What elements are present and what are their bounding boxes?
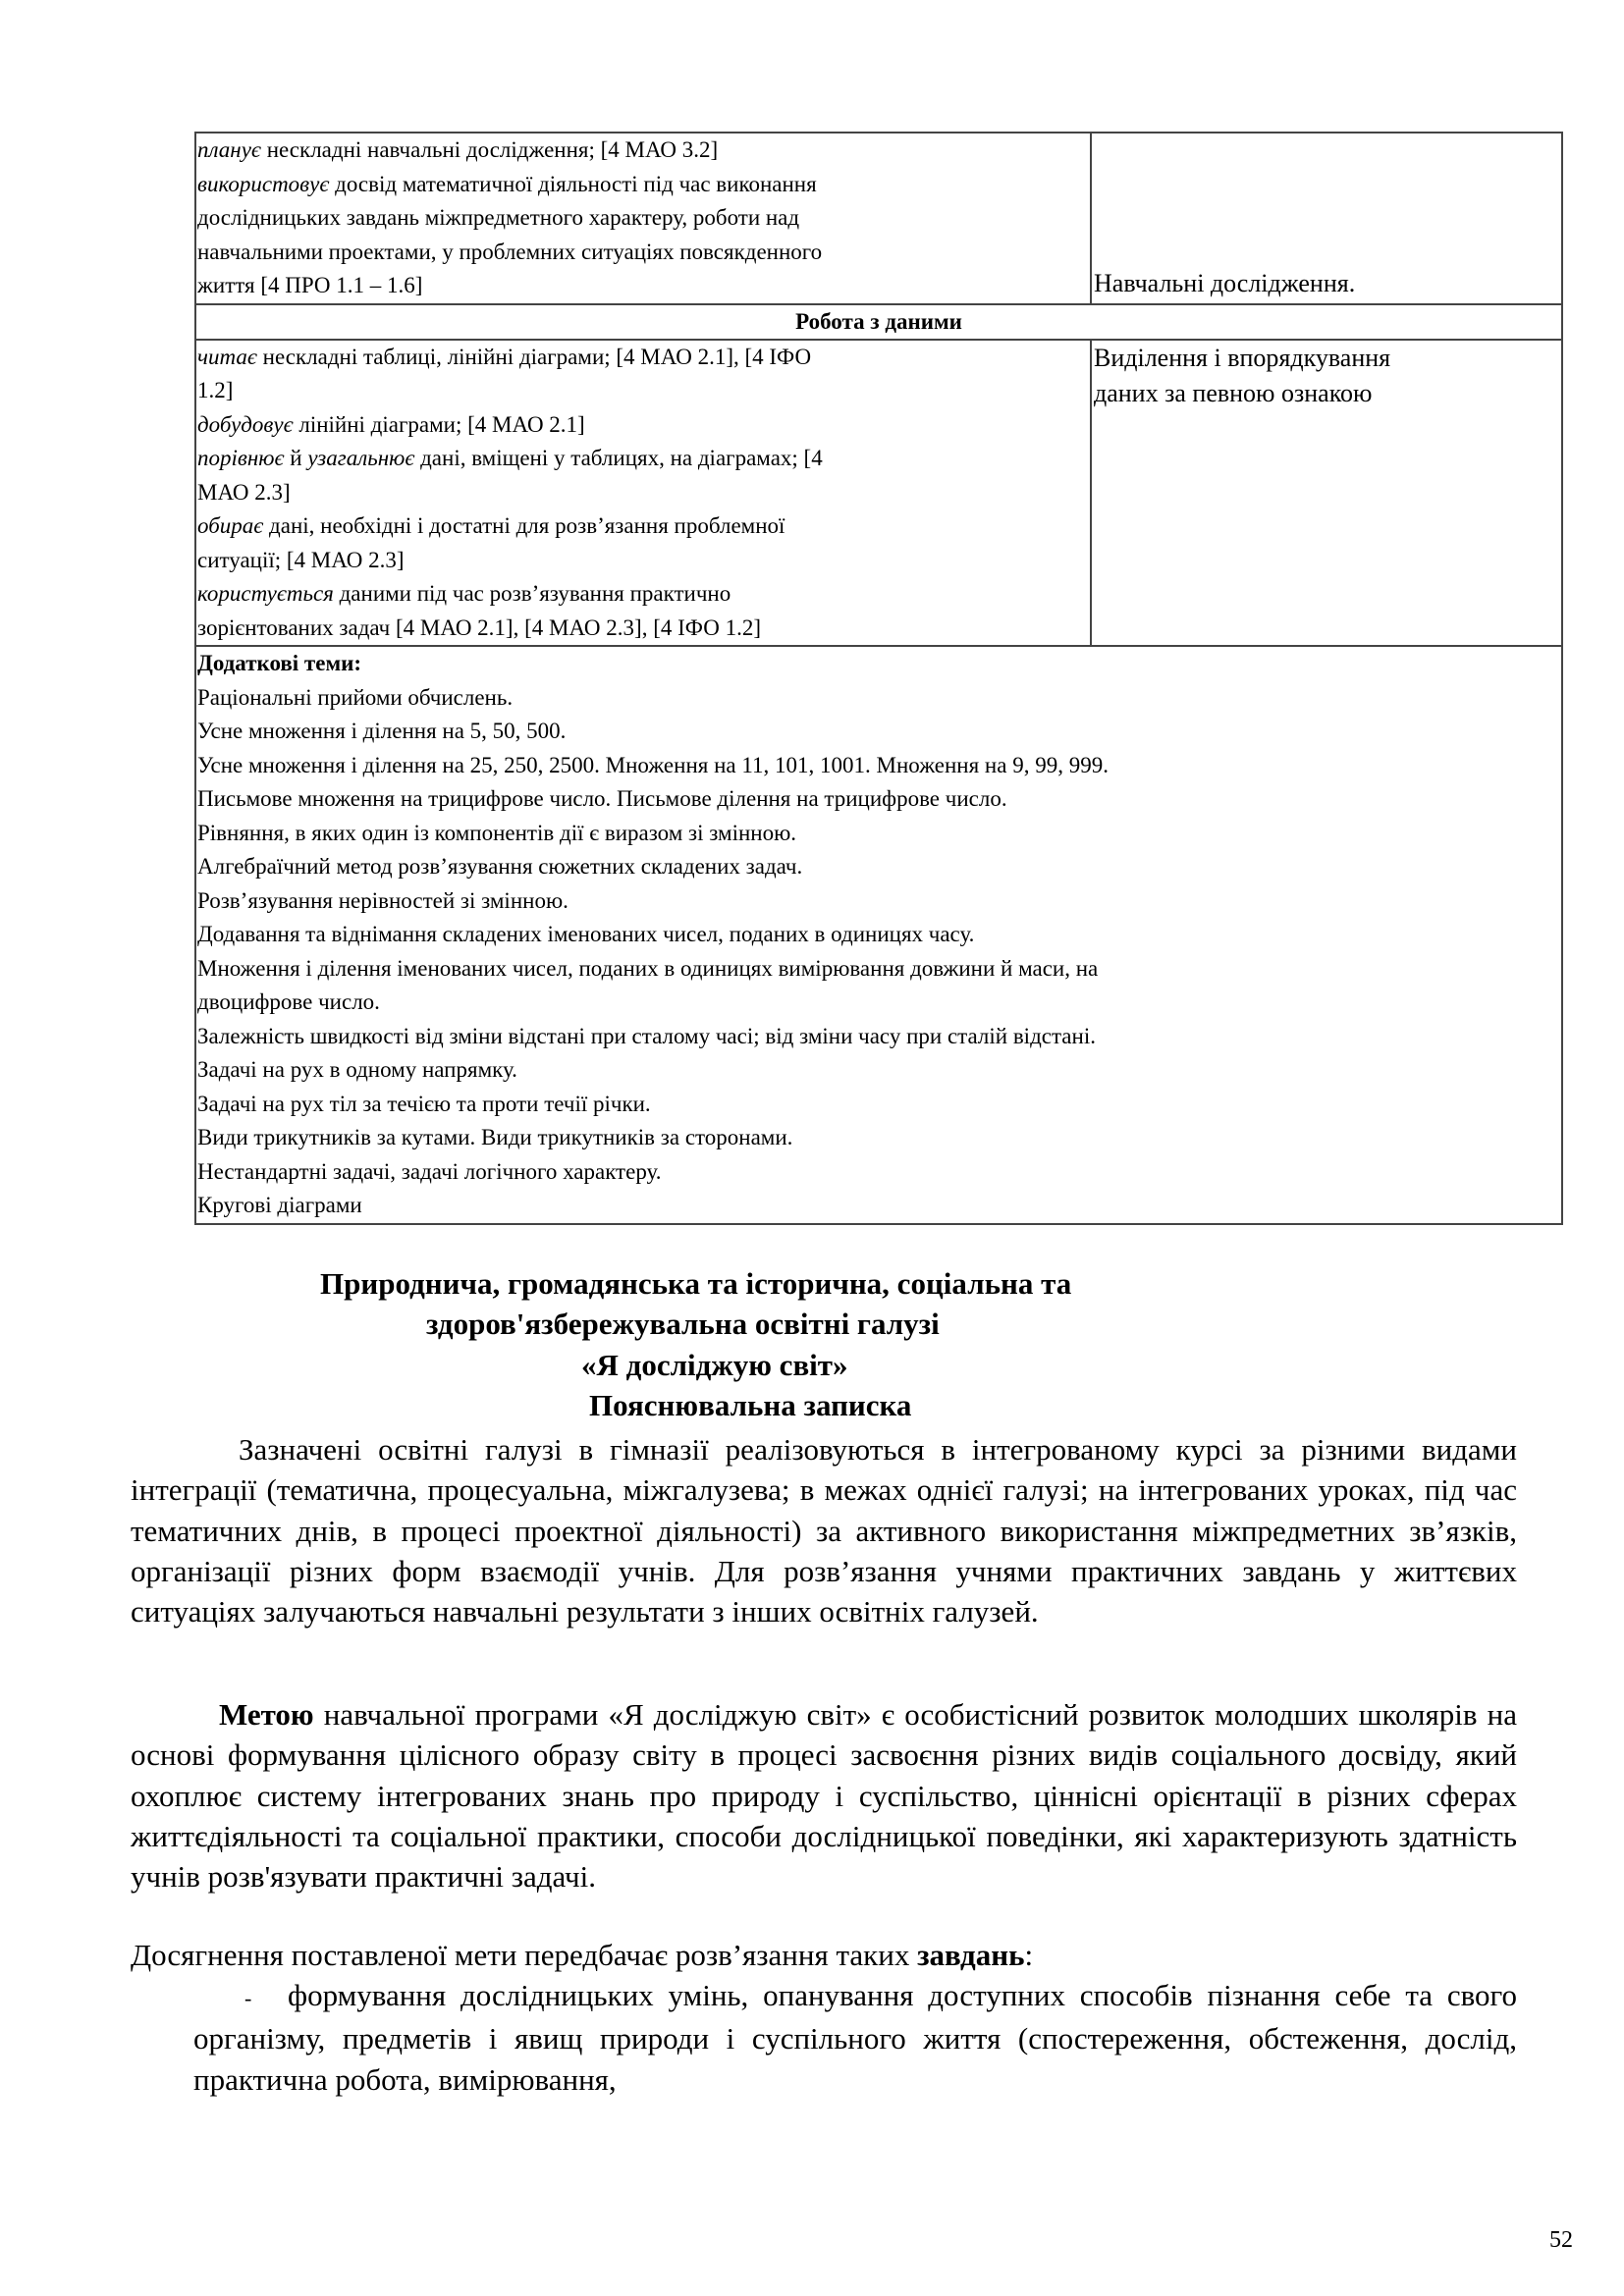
- extra-topic-item: Задачі на рух тіл за течією та проти теч…: [197, 1088, 1560, 1122]
- goal-paragraph: Метою навчальної програми «Я досліджую с…: [131, 1694, 1517, 1896]
- outcome-line: навчальними проектами, у проблемних ситу…: [197, 236, 1089, 270]
- outcome-line: використовує досвід математичної діяльно…: [197, 168, 1089, 202]
- outcome-line: добудовує лінійні діаграми; [4 МАО 2.1]: [197, 408, 1089, 443]
- extra-topic-item: Алгебраїчний метод розв’язування сюжетни…: [197, 850, 1560, 884]
- page-number: 52: [1549, 2226, 1573, 2254]
- extra-topic-item: Усне множення і ділення на 5, 50, 500.: [197, 715, 1560, 749]
- extra-topic-item: двоцифрове число.: [197, 986, 1560, 1020]
- outcome-line: ситуації; [4 МАО 2.3]: [197, 544, 1089, 578]
- extra-topic-item: Задачі на рух в одному напрямку.: [197, 1053, 1560, 1088]
- extra-topic-item: Рівняння, в яких один із компонентів дії…: [197, 817, 1560, 851]
- task-bullet: -формування дослідницьких умінь, опанува…: [193, 1975, 1517, 2100]
- table-row-research: планує несклaдні навчальні дослідження; …: [195, 133, 1562, 304]
- content-text: Навчальні дослідження.: [1094, 269, 1355, 297]
- outcome-line: МАО 2.3]: [197, 476, 1089, 510]
- extra-topic-item: Письмове множення на трицифрове число. П…: [197, 782, 1560, 817]
- outcome-line: 1.2]: [197, 374, 1089, 408]
- outcome-line: читає нескладні таблиці, лінійні діаграм…: [197, 341, 1089, 375]
- extra-topic-item: Раціональні прийоми обчислень.: [197, 681, 1560, 716]
- extra-topic-item: Кругові діаграми: [197, 1189, 1560, 1223]
- section-heading-line2: здоров'язбережувальна освітні галузі: [426, 1306, 940, 1343]
- outcome-line: обирає дані, необхідні і достатні для ро…: [197, 509, 1089, 544]
- content-line: даних за певною ознакою: [1094, 376, 1560, 411]
- goal-keyword: Метою: [219, 1697, 314, 1732]
- extra-topics-cell: Додаткові теми: Раціональні прийоми обчи…: [195, 646, 1562, 1224]
- curriculum-table: планує несклaдні навчальні дослідження; …: [194, 132, 1563, 1225]
- intro-paragraph: Зазначені освітні галузі в гімназії реал…: [131, 1429, 1517, 1631]
- explanatory-note-title: Пояснювальна записка: [589, 1387, 911, 1424]
- section-heading-line1: Природнича, громадянська та історична, с…: [320, 1265, 1071, 1303]
- content-line: Виділення і впорядкування: [1094, 341, 1560, 376]
- content-cell: Навчальні дослідження.: [1091, 133, 1562, 304]
- outcome-line: зорієнтованих задач [4 МАО 2.1], [4 МАО …: [197, 612, 1089, 646]
- extra-topic-item: Розв’язування нерівностей зі змінною.: [197, 884, 1560, 919]
- table-row-data: читає нескладні таблиці, лінійні діаграм…: [195, 340, 1562, 647]
- extra-topic-item: Додавання та віднімання складених іменов…: [197, 918, 1560, 952]
- outcome-line: життя [4 ПРО 1.1 – 1.6]: [197, 269, 1089, 303]
- extra-topic-item: Множення і ділення іменованих чисел, под…: [197, 952, 1560, 987]
- outcome-line: порівнює й узагальнює дані, вміщені у та…: [197, 442, 1089, 476]
- extra-topic-item: Усне множення і ділення на 25, 250, 2500…: [197, 749, 1560, 783]
- outcome-line: користується даними під час розв’язуванн…: [197, 577, 1089, 612]
- section-header-row: Робота з даними: [195, 304, 1562, 340]
- extra-topic-item: Залежність швидкості від зміни відстані …: [197, 1020, 1560, 1054]
- tasks-intro: Досягнення поставленої мети передбачає р…: [131, 1935, 1517, 1975]
- course-title: «Я досліджую світ»: [581, 1347, 848, 1384]
- outcome-line: планує несклaдні навчальні дослідження; …: [197, 133, 1089, 168]
- outcome-line: дослідницьких завдань міжпредметного хар…: [197, 201, 1089, 236]
- extra-topic-item: Види трикутників за кутами. Види трикутн…: [197, 1121, 1560, 1155]
- extra-topics-list: Раціональні прийоми обчислень.Усне множе…: [197, 681, 1560, 1223]
- bullet-dash-icon: -: [244, 1978, 288, 2018]
- section-title: Робота з даними: [195, 304, 1562, 340]
- content-cell: Виділення і впорядкування даних за певно…: [1091, 340, 1562, 647]
- extra-topics-title: Додаткові теми:: [197, 647, 1560, 681]
- extra-topic-item: Нестандартні задачі, задачі логічного ха…: [197, 1155, 1560, 1190]
- table-row-extra-topics: Додаткові теми: Раціональні прийоми обчи…: [195, 646, 1562, 1224]
- outcomes-cell: читає нескладні таблиці, лінійні діаграм…: [195, 340, 1091, 647]
- outcomes-cell: планує несклaдні навчальні дослідження; …: [195, 133, 1091, 304]
- tasks-keyword: завдань: [917, 1938, 1024, 1972]
